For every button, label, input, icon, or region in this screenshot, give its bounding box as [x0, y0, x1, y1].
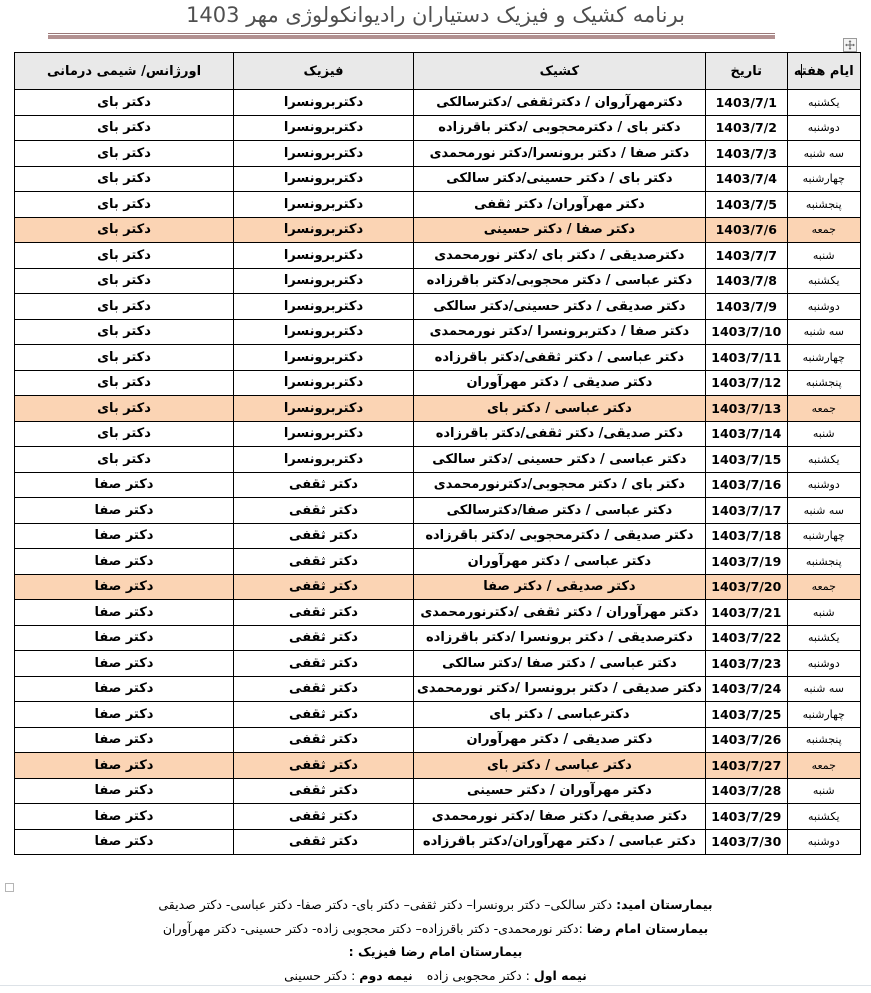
cell-date[interactable]: 1403/7/21: [705, 600, 787, 626]
cell-day[interactable]: جمعه: [787, 753, 860, 779]
text-cursor: [801, 64, 802, 78]
table-row: سه شنبه1403/7/3دکتر صفا / دکتر برونسرا/د…: [15, 141, 861, 167]
cell-date[interactable]: 1403/7/29: [705, 804, 787, 830]
table-row: چهارشنبه1403/7/11دکتر عباسی / دکتر ثقفی/…: [15, 345, 861, 371]
cell-keshik[interactable]: دکتر صفا / دکتر برونسرا/دکتر نورمحمدی: [414, 141, 706, 167]
cell-day[interactable]: دوشنبه: [787, 829, 860, 855]
cell-physics[interactable]: دکتر ثقفی: [234, 829, 414, 855]
cell-emergency[interactable]: دکتر بای: [15, 243, 234, 269]
second-half-text: : دکتر حسینی: [284, 968, 359, 983]
cell-day[interactable]: یکشنبه: [787, 625, 860, 651]
table-row: شنبه1403/7/28دکتر مهرآوران / دکتر حسینید…: [15, 778, 861, 804]
cell-physics[interactable]: دکتر ثقفی: [234, 804, 414, 830]
cell-day[interactable]: یکشنبه: [787, 804, 860, 830]
cell-day[interactable]: سه شنبه: [787, 141, 860, 167]
cell-day[interactable]: سه شنبه: [787, 676, 860, 702]
cell-emergency[interactable]: دکتر صفا: [15, 549, 234, 575]
cell-keshik[interactable]: دکترمهرآروان / دکترثقفی /دکترسالکی: [414, 90, 706, 116]
cell-physics[interactable]: دکتربرونسرا: [234, 141, 414, 167]
cell-emergency[interactable]: دکتر صفا: [15, 829, 234, 855]
cell-emergency[interactable]: دکتر صفا: [15, 727, 234, 753]
cell-emergency[interactable]: دکتر بای: [15, 345, 234, 371]
cell-physics[interactable]: دکتر ثقفی: [234, 753, 414, 779]
cell-date[interactable]: 1403/7/25: [705, 702, 787, 728]
schedule-table: ایام هفته تاریخ کشیک فیزیک اورژانس/ شیمی…: [14, 52, 861, 855]
table-row: دوشنبه1403/7/2دکتر بای / دکترمحجوبی /دکت…: [15, 115, 861, 141]
cell-emergency[interactable]: دکتر بای: [15, 421, 234, 447]
table-row: جمعه1403/7/6دکتر صفا / دکتر حسینیدکتربرو…: [15, 217, 861, 243]
cell-physics[interactable]: دکتربرونسرا: [234, 268, 414, 294]
cell-physics[interactable]: دکتر ثقفی: [234, 600, 414, 626]
cell-keshik[interactable]: دکتر عباسی / دکتر مهرآوران: [414, 549, 706, 575]
cell-physics[interactable]: دکتر ثقفی: [234, 727, 414, 753]
cell-physics[interactable]: دکتربرونسرا: [234, 370, 414, 396]
cell-keshik[interactable]: دکتر عباسی / دکتر حسینی /دکتر سالکی: [414, 447, 706, 473]
cell-keshik[interactable]: دکتر صدیقی / دکتر برونسرا /دکتر نورمحمدی: [414, 676, 706, 702]
cell-date[interactable]: 1403/7/23: [705, 651, 787, 677]
footnote-emamreza-label: بیمارستان امام رضا: [587, 921, 708, 936]
cell-keshik[interactable]: دکتر عباسی / دکتر صفا/دکترسالکی: [414, 498, 706, 524]
cell-keshik[interactable]: دکتر عباسی / دکتر صفا /دکتر سالکی: [414, 651, 706, 677]
cell-emergency[interactable]: دکتر صفا: [15, 625, 234, 651]
table-row: شنبه1403/7/7دکترصدیقی / دکتر بای /دکتر ن…: [15, 243, 861, 269]
cell-emergency[interactable]: دکتر بای: [15, 370, 234, 396]
cell-day[interactable]: جمعه: [787, 574, 860, 600]
cell-physics[interactable]: دکتربرونسرا: [234, 421, 414, 447]
header-row: ایام هفته تاریخ کشیک فیزیک اورژانس/ شیمی…: [15, 53, 861, 90]
cell-emergency[interactable]: دکتر صفا: [15, 778, 234, 804]
page-boundary-line: [0, 985, 871, 986]
cell-date[interactable]: 1403/7/1: [705, 90, 787, 116]
cell-emergency[interactable]: دکتر صفا: [15, 574, 234, 600]
cell-emergency[interactable]: دکتر صفا: [15, 472, 234, 498]
cell-physics[interactable]: دکتربرونسرا: [234, 345, 414, 371]
cell-day[interactable]: چهارشنبه: [787, 345, 860, 371]
cell-day[interactable]: شنبه: [787, 600, 860, 626]
cell-emergency[interactable]: دکتر بای: [15, 192, 234, 218]
cell-date[interactable]: 1403/7/30: [705, 829, 787, 855]
cell-physics[interactable]: دکتر ثقفی: [234, 778, 414, 804]
table-row: دوشنبه1403/7/30دکتر عباسی / دکتر مهرآورا…: [15, 829, 861, 855]
cell-date[interactable]: 1403/7/12: [705, 370, 787, 396]
table-row: یکشنبه1403/7/22دکترصدیقی / دکتر برونسرا …: [15, 625, 861, 651]
cell-emergency[interactable]: دکتر بای: [15, 166, 234, 192]
cell-physics[interactable]: دکتر ثقفی: [234, 523, 414, 549]
cell-emergency[interactable]: دکتر صفا: [15, 753, 234, 779]
table-row: چهارشنبه1403/7/4دکتر بای / دکتر حسینی/دک…: [15, 166, 861, 192]
table-row: یکشنبه1403/7/1دکترمهرآروان / دکترثقفی /د…: [15, 90, 861, 116]
cell-physics[interactable]: دکتر ثقفی: [234, 702, 414, 728]
cell-keshik[interactable]: دکترصدیقی / دکتر برونسرا /دکتر باقرزاده: [414, 625, 706, 651]
cell-day[interactable]: دوشنبه: [787, 651, 860, 677]
cell-emergency[interactable]: دکتر بای: [15, 217, 234, 243]
table-row: دوشنبه1403/7/16دکتر بای / دکتر محجوبی/دک…: [15, 472, 861, 498]
cell-emergency[interactable]: دکتر بای: [15, 319, 234, 345]
paragraph-anchor-square: [5, 883, 14, 892]
cell-keshik[interactable]: دکتر صدیقی / دکتر صفا: [414, 574, 706, 600]
cell-day[interactable]: شنبه: [787, 243, 860, 269]
cell-day[interactable]: چهارشنبه: [787, 166, 860, 192]
footnote-halves[interactable]: نیمه اول : دکتر محجوبی زادهنیمه دوم : دک…: [0, 964, 871, 988]
cell-keshik[interactable]: دکتر صدیقی / دکتر مهرآوران: [414, 370, 706, 396]
table-row: سه شنبه1403/7/10دکتر صفا / دکتربرونسرا /…: [15, 319, 861, 345]
cell-day[interactable]: شنبه: [787, 778, 860, 804]
cell-keshik[interactable]: دکتر صدیقی / دکتر حسینی/دکتر سالکی: [414, 294, 706, 320]
cell-date[interactable]: 1403/7/26: [705, 727, 787, 753]
footnote-emamreza-physics-label: بیمارستان امام رضا فیزیک :: [349, 944, 523, 959]
cell-day[interactable]: چهارشنبه: [787, 702, 860, 728]
cell-day[interactable]: جمعه: [787, 396, 860, 422]
footnote-emamreza-text: :دکتر نورمحمدی- دکتر باقرزاده– دکتر محجو…: [163, 921, 587, 936]
cell-emergency[interactable]: دکتر بای: [15, 396, 234, 422]
cell-date[interactable]: 1403/7/11: [705, 345, 787, 371]
cell-emergency[interactable]: دکتر صفا: [15, 651, 234, 677]
table-row: یکشنبه1403/7/15دکتر عباسی / دکتر حسینی /…: [15, 447, 861, 473]
column-header-date[interactable]: تاریخ: [705, 53, 787, 90]
page-title[interactable]: برنامه کشیک و فیزیک دستیاران رادیوانکولو…: [0, 3, 871, 27]
cell-day[interactable]: جمعه: [787, 217, 860, 243]
cell-date[interactable]: 1403/7/9: [705, 294, 787, 320]
cell-emergency[interactable]: دکتر صفا: [15, 676, 234, 702]
table-row: پنجشنبه1403/7/19دکتر عباسی / دکتر مهرآور…: [15, 549, 861, 575]
second-half-label: نیمه دوم: [359, 968, 412, 983]
cell-day[interactable]: پنجشنبه: [787, 192, 860, 218]
cell-keshik[interactable]: دکتر صفا / دکتربرونسرا /دکتر نورمحمدی: [414, 319, 706, 345]
cell-keshik[interactable]: دکتر صدیقی/ دکتر صفا /دکتر نورمحمدی: [414, 804, 706, 830]
column-header-emergency[interactable]: اورژانس/ شیمی درمانی: [15, 53, 234, 90]
cell-day[interactable]: دوشنبه: [787, 472, 860, 498]
cell-keshik[interactable]: دکتر عباسی / دکتر بای: [414, 753, 706, 779]
table-row: سه شنبه1403/7/17دکتر عباسی / دکتر صفا/دک…: [15, 498, 861, 524]
cell-date[interactable]: 1403/7/10: [705, 319, 787, 345]
cell-date[interactable]: 1403/7/15: [705, 447, 787, 473]
table-row: پنجشنبه1403/7/12دکتر صدیقی / دکتر مهرآور…: [15, 370, 861, 396]
title-underline: [48, 33, 775, 40]
cell-date[interactable]: 1403/7/16: [705, 472, 787, 498]
cell-day[interactable]: چهارشنبه: [787, 523, 860, 549]
cell-day[interactable]: یکشنبه: [787, 90, 860, 116]
cell-physics[interactable]: دکتربرونسرا: [234, 192, 414, 218]
cell-day[interactable]: یکشنبه: [787, 268, 860, 294]
cell-date[interactable]: 1403/7/24: [705, 676, 787, 702]
cell-keshik[interactable]: دکتر صدیقی/ دکتر ثقفی/دکتر باقرزاده: [414, 421, 706, 447]
cell-keshik[interactable]: دکتر بای / دکتر حسینی/دکتر سالکی: [414, 166, 706, 192]
cell-emergency[interactable]: دکتر صفا: [15, 804, 234, 830]
cell-physics[interactable]: دکتر ثقفی: [234, 651, 414, 677]
table-row: سه شنبه1403/7/24دکتر صدیقی / دکتر برونسر…: [15, 676, 861, 702]
table-row: پنجشنبه1403/7/26دکتر صدیقی / دکتر مهرآور…: [15, 727, 861, 753]
cell-keshik[interactable]: دکتر مهرآوران / دکتر ثقفی /دکترنورمحمدی: [414, 600, 706, 626]
cell-emergency[interactable]: دکتر بای: [15, 268, 234, 294]
cell-physics[interactable]: دکتر ثقفی: [234, 498, 414, 524]
cell-emergency[interactable]: دکتر بای: [15, 141, 234, 167]
cell-date[interactable]: 1403/7/22: [705, 625, 787, 651]
cell-keshik[interactable]: دکتر بای / دکتر محجوبی/دکترنورمحمدی: [414, 472, 706, 498]
cell-keshik[interactable]: دکتر مهرآوران / دکتر حسینی: [414, 778, 706, 804]
footnote-omid-label: بیمارستان امید:: [616, 897, 713, 912]
cell-date[interactable]: 1403/7/14: [705, 421, 787, 447]
table-row: جمعه1403/7/13دکتر عباسی / دکتر بایدکتربر…: [15, 396, 861, 422]
cell-physics[interactable]: دکتربرونسرا: [234, 217, 414, 243]
cell-date[interactable]: 1403/7/7: [705, 243, 787, 269]
cell-day[interactable]: شنبه: [787, 421, 860, 447]
first-half-text: : دکتر محجوبی زاده: [427, 968, 534, 983]
cell-physics[interactable]: دکتربرونسرا: [234, 447, 414, 473]
cell-day[interactable]: پنجشنبه: [787, 370, 860, 396]
cell-keshik[interactable]: دکتر عباسی / دکتر مهرآوران/دکتر باقرزاده: [414, 829, 706, 855]
cell-keshik[interactable]: دکتر مهرآوران/ دکتر ثقفی: [414, 192, 706, 218]
table-row: پنجشنبه1403/7/5دکتر مهرآوران/ دکتر ثقفید…: [15, 192, 861, 218]
table-row: چهارشنبه1403/7/18دکتر صدیقی / دکترمحجوبی…: [15, 523, 861, 549]
cell-date[interactable]: 1403/7/4: [705, 166, 787, 192]
cell-physics[interactable]: دکتربرونسرا: [234, 166, 414, 192]
cell-keshik[interactable]: دکتر بای / دکترمحجوبی /دکتر باقرزاده: [414, 115, 706, 141]
cell-date[interactable]: 1403/7/3: [705, 141, 787, 167]
cell-keshik[interactable]: دکتر صفا / دکتر حسینی: [414, 217, 706, 243]
cell-physics[interactable]: دکتربرونسرا: [234, 294, 414, 320]
cell-physics[interactable]: دکتر ثقفی: [234, 574, 414, 600]
cell-emergency[interactable]: دکتر صفا: [15, 523, 234, 549]
cell-physics[interactable]: دکتربرونسرا: [234, 396, 414, 422]
footnote-omid[interactable]: بیمارستان امید: دکتر سالکی– دکتر برونسرا…: [0, 893, 871, 917]
cell-day[interactable]: دوشنبه: [787, 294, 860, 320]
cell-emergency[interactable]: دکتر بای: [15, 447, 234, 473]
word-document-page: { "title": "برنامه کشیک و فیزیک دستیاران…: [0, 0, 871, 993]
cell-physics[interactable]: دکتربرونسرا: [234, 115, 414, 141]
cell-physics[interactable]: دکتر ثقفی: [234, 472, 414, 498]
cell-day[interactable]: پنجشنبه: [787, 727, 860, 753]
table-row: دوشنبه1403/7/9دکتر صدیقی / دکتر حسینی/دک…: [15, 294, 861, 320]
cell-physics[interactable]: دکتربرونسرا: [234, 90, 414, 116]
table-row: یکشنبه1403/7/8دکتر عباسی / دکتر محجوبی/د…: [15, 268, 861, 294]
column-header-physics[interactable]: فیزیک: [234, 53, 414, 90]
cell-emergency[interactable]: دکتر صفا: [15, 702, 234, 728]
cell-emergency[interactable]: دکتر بای: [15, 90, 234, 116]
cell-keshik[interactable]: دکترعباسی / دکتر بای: [414, 702, 706, 728]
cell-emergency[interactable]: دکتر بای: [15, 294, 234, 320]
cell-emergency[interactable]: دکتر صفا: [15, 498, 234, 524]
footnote-emamreza[interactable]: بیمارستان امام رضا :دکتر نورمحمدی- دکتر …: [0, 917, 871, 941]
cell-date[interactable]: 1403/7/8: [705, 268, 787, 294]
cell-keshik[interactable]: دکترصدیقی / دکتر بای /دکتر نورمحمدی: [414, 243, 706, 269]
cell-emergency[interactable]: دکتر بای: [15, 115, 234, 141]
cell-physics[interactable]: دکتربرونسرا: [234, 243, 414, 269]
cell-day[interactable]: دوشنبه: [787, 115, 860, 141]
cell-keshik[interactable]: دکتر عباسی / دکتر ثقفی/دکتر باقرزاده: [414, 345, 706, 371]
column-header-day[interactable]: ایام هفته: [787, 53, 860, 90]
cell-day[interactable]: سه شنبه: [787, 319, 860, 345]
cell-keshik[interactable]: دکتر صدیقی / دکتر مهرآوران: [414, 727, 706, 753]
cell-day[interactable]: پنجشنبه: [787, 549, 860, 575]
table-row: چهارشنبه1403/7/25دکترعباسی / دکتر بایدکت…: [15, 702, 861, 728]
table-row: جمعه1403/7/20دکتر صدیقی / دکتر صفادکتر ث…: [15, 574, 861, 600]
footnote-emamreza-physics[interactable]: بیمارستان امام رضا فیزیک :: [0, 940, 871, 964]
cell-physics[interactable]: دکتر ثقفی: [234, 549, 414, 575]
footnote-omid-text: دکتر سالکی– دکتر برونسرا– دکتر ثقفی– دکت…: [158, 897, 616, 912]
cell-date[interactable]: 1403/7/5: [705, 192, 787, 218]
table-row: جمعه1403/7/27دکتر عباسی / دکتر بایدکتر ث…: [15, 753, 861, 779]
cell-physics[interactable]: دکتر ثقفی: [234, 625, 414, 651]
cell-date[interactable]: 1403/7/13: [705, 396, 787, 422]
cell-day[interactable]: سه شنبه: [787, 498, 860, 524]
cell-date[interactable]: 1403/7/19: [705, 549, 787, 575]
cell-date[interactable]: 1403/7/20: [705, 574, 787, 600]
cell-date[interactable]: 1403/7/27: [705, 753, 787, 779]
table-row: یکشنبه1403/7/29دکتر صدیقی/ دکتر صفا /دکت…: [15, 804, 861, 830]
cell-day[interactable]: یکشنبه: [787, 447, 860, 473]
table-move-handle-icon[interactable]: [843, 38, 857, 52]
cell-date[interactable]: 1403/7/28: [705, 778, 787, 804]
cell-keshik[interactable]: دکتر صدیقی / دکترمحجوبی /دکتر باقرزاده: [414, 523, 706, 549]
table-row: دوشنبه1403/7/23دکتر عباسی / دکتر صفا /دک…: [15, 651, 861, 677]
four-way-arrow-icon: [845, 40, 855, 50]
cell-date[interactable]: 1403/7/6: [705, 217, 787, 243]
cell-physics[interactable]: دکتربرونسرا: [234, 319, 414, 345]
table-row: شنبه1403/7/21دکتر مهرآوران / دکتر ثقفی /…: [15, 600, 861, 626]
cell-emergency[interactable]: دکتر صفا: [15, 600, 234, 626]
column-header-keshik[interactable]: کشیک: [414, 53, 706, 90]
table-row: شنبه1403/7/14دکتر صدیقی/ دکتر ثقفی/دکتر …: [15, 421, 861, 447]
cell-date[interactable]: 1403/7/18: [705, 523, 787, 549]
footnotes: بیمارستان امید: دکتر سالکی– دکتر برونسرا…: [0, 893, 871, 987]
cell-keshik[interactable]: دکتر عباسی / دکتر بای: [414, 396, 706, 422]
first-half-label: نیمه اول: [534, 968, 587, 983]
cell-keshik[interactable]: دکتر عباسی / دکتر محجوبی/دکتر باقرزاده: [414, 268, 706, 294]
cell-physics[interactable]: دکتر ثقفی: [234, 676, 414, 702]
cell-date[interactable]: 1403/7/17: [705, 498, 787, 524]
column-header-day-label: ایام هفته: [794, 64, 854, 79]
cell-date[interactable]: 1403/7/2: [705, 115, 787, 141]
